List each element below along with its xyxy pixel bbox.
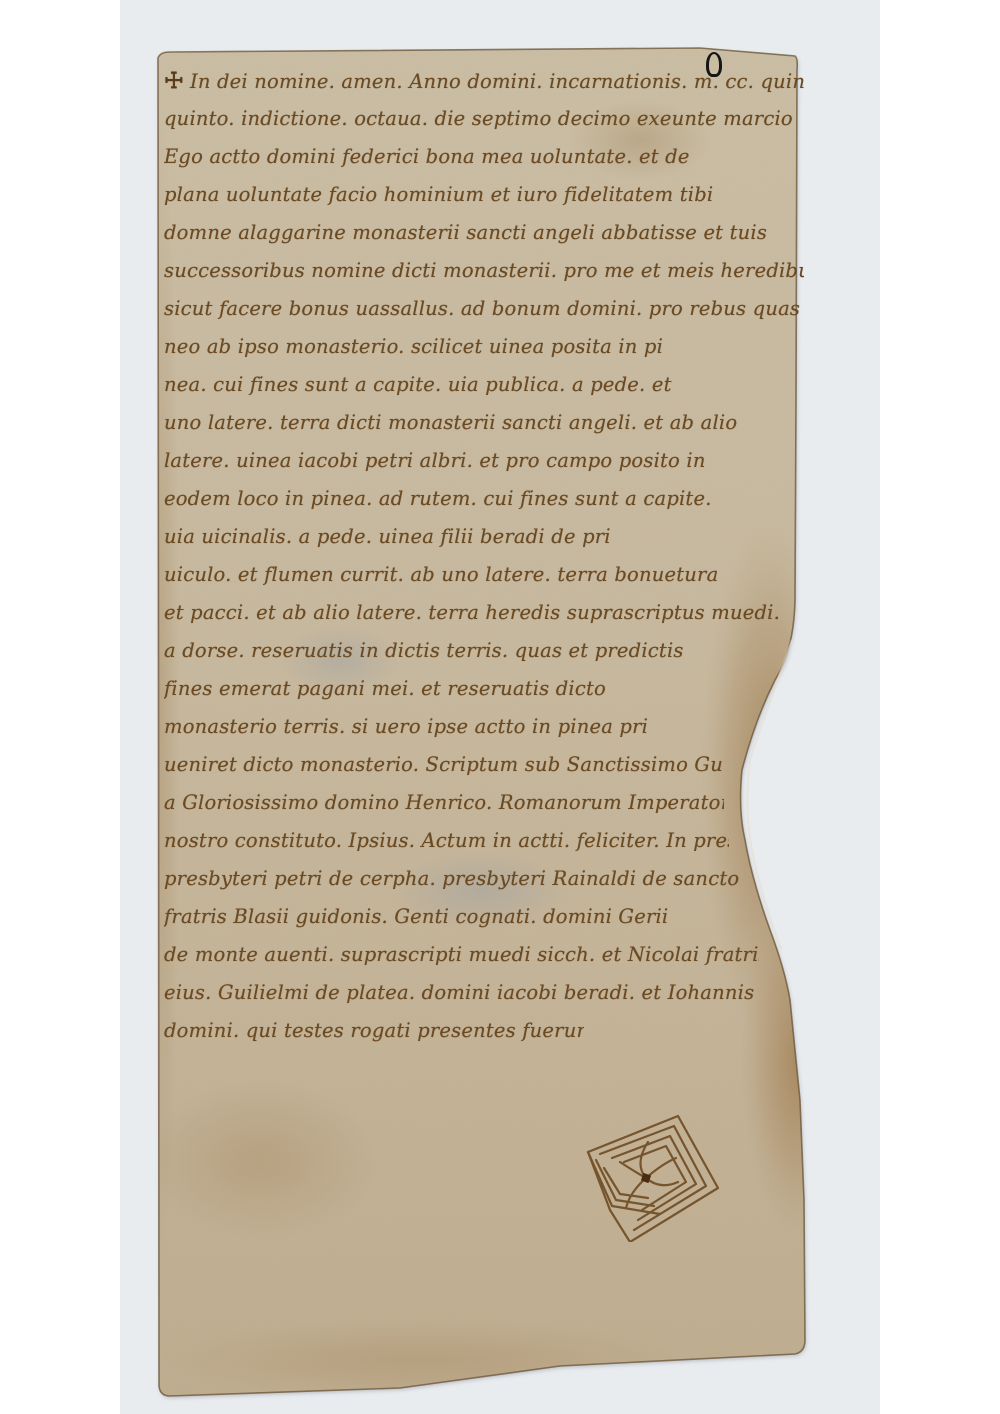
notary-signum-icon xyxy=(560,1112,725,1242)
text-line-24: de monte auenti. suprascripti muedi sicc… xyxy=(164,936,759,974)
text-line-18: monasterio terris. si uero ipse actto in… xyxy=(164,708,729,746)
text-line-13: uia uicinalis. a pede. uinea filii berad… xyxy=(164,518,804,556)
text-line-2: quinto. indictione. octaua. die septimo … xyxy=(164,100,804,138)
text-line-1: ☩In dei nomine. amen. Anno domini. incar… xyxy=(164,62,804,100)
text-line-22: presbyteri petri de cerpha. presbyteri R… xyxy=(164,860,744,898)
text-line-17: fines emerat pagani mei. et reseruatis d… xyxy=(164,670,749,708)
text-line-16: a dorse. reseruatis in dictis terris. qu… xyxy=(164,632,764,670)
text-line-14: uiculo. et flumen currit. ab uno latere.… xyxy=(164,556,804,594)
text-line-23: fratris Blasii guidonis. Genti cognati. … xyxy=(164,898,754,936)
text-line-9: nea. cui fines sunt a capite. uia public… xyxy=(164,366,804,404)
text-line-21: nostro constituto. Ipsius. Actum in actt… xyxy=(164,822,729,860)
text-line-7: sicut facere bonus uassallus. ad bonum d… xyxy=(164,290,804,328)
text-line-19: ueniret dicto monasterio. Scriptum sub S… xyxy=(164,746,724,784)
text-line-20: a Gloriosissimo domino Henrico. Romanoru… xyxy=(164,784,724,822)
text-line-10: uno latere. terra dicti monasterii sanct… xyxy=(164,404,804,442)
text-line-5: domne alaggarine monasterii sancti angel… xyxy=(164,214,804,252)
text-line-15: et pacci. et ab alio latere. terra hered… xyxy=(164,594,804,632)
invocation-cross-icon: ☩ xyxy=(164,62,184,100)
charter-text: ☩In dei nomine. amen. Anno domini. incar… xyxy=(164,62,804,1050)
text-line-3: Ego actto domini federici bona mea uolun… xyxy=(164,138,804,176)
text-line-25: eius. Guilielmi de platea. domini iacobi… xyxy=(164,974,764,1012)
text-line-12: eodem loco in pinea. ad rutem. cui fines… xyxy=(164,480,804,518)
text-line-4: plana uoluntate facio hominium et iuro f… xyxy=(164,176,804,214)
text-line-11: latere. uinea iacobi petri albri. et pro… xyxy=(164,442,804,480)
text-line-26: domini. qui testes rogati presentes fuer… xyxy=(164,1012,584,1050)
text-line-6: successoribus nomine dicti monasterii. p… xyxy=(164,252,804,290)
text-line-8: neo ab ipso monasterio. scilicet uinea p… xyxy=(164,328,804,366)
